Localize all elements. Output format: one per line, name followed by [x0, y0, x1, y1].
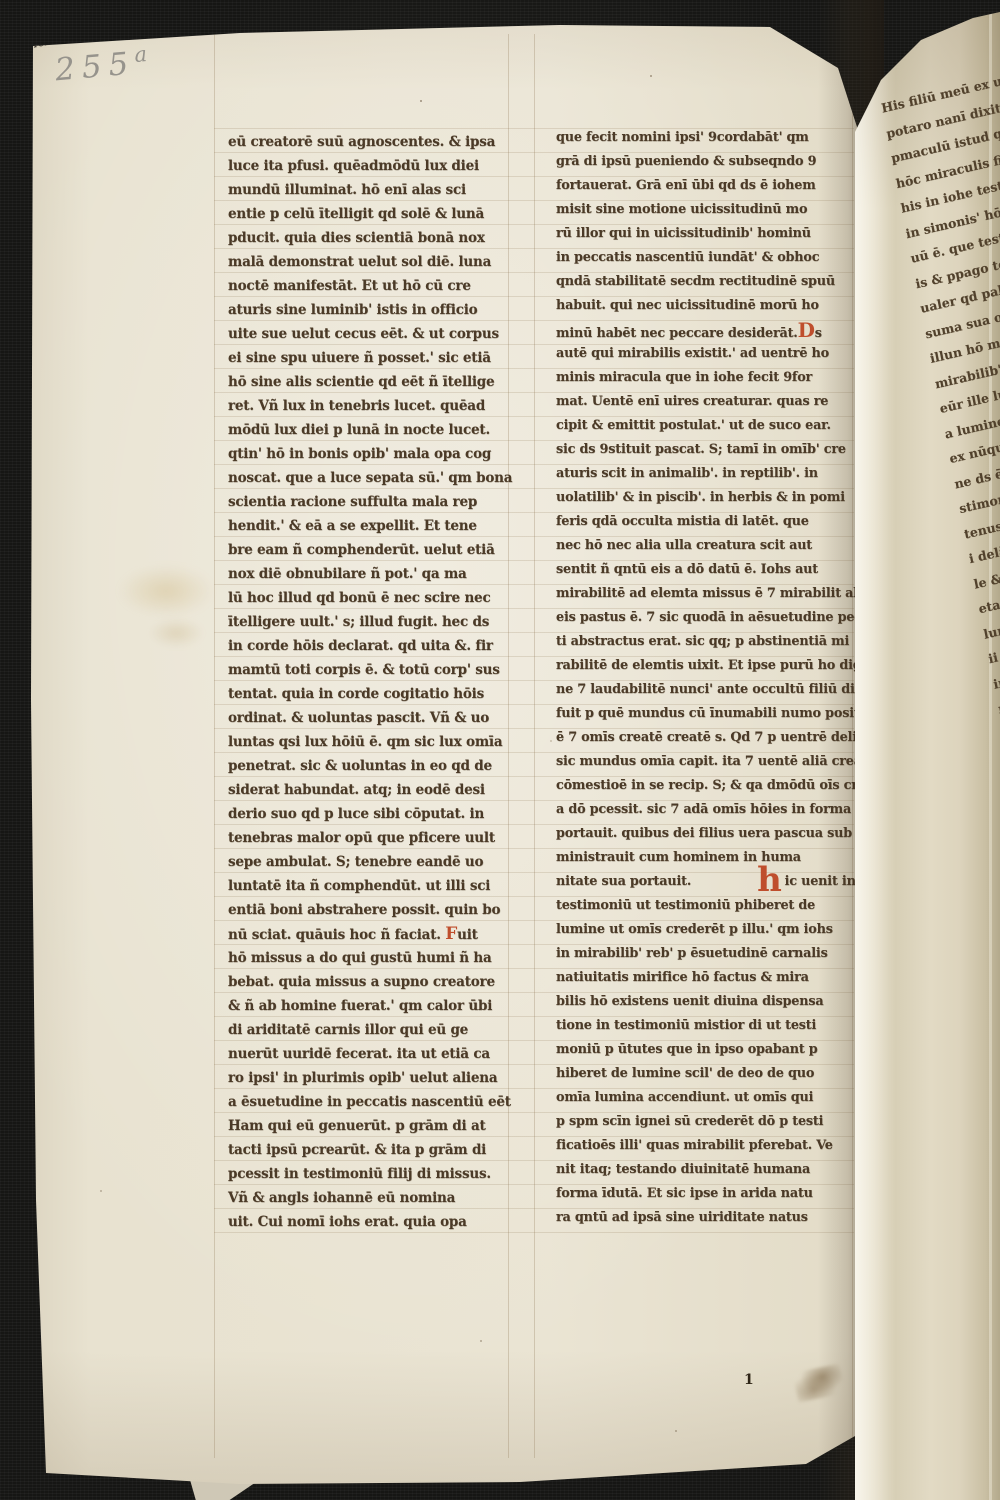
- manuscript-line: entiā boni abstrahere possit. quin bo: [228, 898, 524, 922]
- manuscript-line: entie p celū ītelligit qd solē & lunā: [228, 202, 524, 226]
- manuscript-line: luntas qsi lux hōiū ē. qm sic lux omīa: [228, 730, 524, 754]
- facing-page-text: His filiū meū ex uirgine mpotaro nanī di…: [879, 24, 1000, 1273]
- facing-page: His filiū meū ex uirgine mpotaro nanī di…: [855, 0, 1000, 1500]
- manuscript-line: ficatioēs illi' quas mirabilit pferebat.…: [556, 1134, 856, 1158]
- manuscript-line: di ariditatē carnis illor qui eū ge: [228, 1018, 524, 1042]
- manuscript-line: minis miracula que in iohe fecit 9for: [556, 366, 856, 390]
- manuscript-line: scientia racione suffulta mala rep: [228, 490, 524, 514]
- manuscript-line: ra qntū ad ipsā sine uiriditate natus: [556, 1206, 856, 1230]
- manuscript-line: qndā stabilitatē secdm rectitudinē spuū: [556, 270, 856, 294]
- manuscript-line: sentit ñ qntū eis a dō datū ē. Iohs aut: [556, 558, 856, 582]
- manuscript-line: a ēsuetudine in peccatis nascentiū eēt: [228, 1090, 524, 1114]
- manuscript-line: minū habēt nec peccare desiderāt.Ds: [556, 318, 856, 342]
- manuscript-line: lumine ut omīs crederēt p illu.' qm iohs: [556, 918, 856, 942]
- manuscript-line: ei sine spu uiuere ñ posset.' sic etiā: [228, 346, 524, 370]
- manuscript-line: pducit. quia dies scientiā bonā nox: [228, 226, 524, 250]
- manuscript-line: testimoniū ut testimoniū phiberet de: [556, 894, 856, 918]
- manuscript-line: nuerūt uuridē fecerat. ita ut etiā ca: [228, 1042, 524, 1066]
- manuscript-line: bebat. quia missus a supno creatore: [228, 970, 524, 994]
- manuscript-line: nū sciat. quāuis hoc ñ faciat. Fuit: [228, 922, 524, 946]
- manuscript-line: in corde hōis declarat. qd uita &. fir: [228, 634, 524, 658]
- folio-number-suffix: a: [133, 42, 148, 67]
- manuscript-line: rabilitē de elemtis uixit. Et ipse purū …: [556, 654, 856, 678]
- manuscript-line: fortauerat. Grā enī ūbi qd ds ē iohem: [556, 174, 856, 198]
- manuscript-line: Vñ & angls iohannē eū nomina: [228, 1186, 524, 1210]
- manuscript-line: ret. Vñ lux in tenebris lucet. quēad: [228, 394, 524, 418]
- manuscript-line: autē qui mirabilis existit.' ad uentrē h…: [556, 342, 856, 366]
- manuscript-line: luntatē ita ñ comphendūt. ut illi sci: [228, 874, 524, 898]
- manuscript-line: hō sine alis scientie qd eēt ñ ītellige: [228, 370, 524, 394]
- manuscript-line: mundū illuminat. hō enī alas sci: [228, 178, 524, 202]
- manuscript-line: siderat habundat. atq; in eodē desi: [228, 778, 524, 802]
- manuscript-line: nec hō nec alia ulla creatura scit aut: [556, 534, 856, 558]
- margin-stain: [118, 565, 214, 617]
- manuscript-line: omīa lumina accendiunt. ut omīs qui: [556, 1086, 856, 1110]
- manuscript-line: noctē manifestāt. Et ut hō cū cre: [228, 274, 524, 298]
- vertical-rule: [214, 34, 215, 1458]
- manuscript-line: nox diē obnubilare ñ pot.' qa ma: [228, 562, 524, 586]
- manuscript-line: moniū p ūtutes que in ipso opabant p: [556, 1038, 856, 1062]
- manuscript-line: habuit. qui nec uicissitudinē morū ho: [556, 294, 856, 318]
- manuscript-line: a dō pcessit. sic 7 adā omīs hōies in fo…: [556, 798, 856, 822]
- manuscript-line: cipit & emittit postulat.' ut de suco ea…: [556, 414, 856, 438]
- manuscript-line: sic mundus omīa capit. ita 7 uentē aliā …: [556, 750, 856, 774]
- manuscript-line: pcessit in testimoniū filij di missus.: [228, 1162, 524, 1186]
- manuscript-line: uolatilib' & in piscib'. in herbis & in …: [556, 486, 856, 510]
- manuscript-line: cōmestioē in se recip. S; & qa dmōdū oīs…: [556, 774, 856, 798]
- manuscript-line: derio suo qd p luce sibi cōputat. in: [228, 802, 524, 826]
- manuscript-line: in peccatis nascentiū iundāt' & obhoc: [556, 246, 856, 270]
- manuscript-line: & ñ ab homine fuerat.' qm calor ūbi: [228, 994, 524, 1018]
- manuscript-line: sic ds 9stituit pascat. S; tamī in omīb'…: [556, 438, 856, 462]
- folio-number-digits: 255: [54, 45, 137, 88]
- manuscript-line: noscat. que a luce sepata sū.' qm bona: [228, 466, 524, 490]
- manuscript-line: mōdū lux diei p lunā in nocte lucet.: [228, 418, 524, 442]
- manuscript-line: portauit. quibus dei filius uera pascua …: [556, 822, 856, 846]
- manuscript-line: ordinat. & uoluntas pascit. Vñ & uo: [228, 706, 524, 730]
- manuscript-line: nitate sua portauit.hic uenit in: [556, 870, 856, 894]
- text-column-2: que fecit nomini ipsi' 9cordabāt' qmgrā …: [556, 126, 856, 1230]
- manuscript-line: ē 7 omīs creatē creatē s. Qd 7 p uentrē …: [556, 726, 856, 750]
- manuscript-line: sepe ambulat. S; tenebre eandē uo: [228, 850, 524, 874]
- manuscript-line: aturis scit in animalib'. in reptilib'. …: [556, 462, 856, 486]
- manuscript-line: forma īdutā. Et sic ipse in arida natu: [556, 1182, 856, 1206]
- manuscript-line: natiuitatis mirifice hō factus & mira: [556, 966, 856, 990]
- text-column-1: eū creatorē suū agnoscentes. & ipsaluce …: [228, 130, 524, 1234]
- manuscript-line: grā di ipsū pueniendo & subseqndo 9: [556, 150, 856, 174]
- manuscript-line: misit sine motione uicissitudinū mo: [556, 198, 856, 222]
- manuscript-line: rū illor qui in uicissitudinib' hominū: [556, 222, 856, 246]
- manuscript-line: hendit.' & eā a se expellit. Et tene: [228, 514, 524, 538]
- manuscript-line: aturis sine luminib' istis in officio: [228, 298, 524, 322]
- manuscript-line: tacti ipsū pcrearūt. & ita p grām di: [228, 1138, 524, 1162]
- manuscript-line: que fecit nomini ipsi' 9cordabāt' qm: [556, 126, 856, 150]
- rubricated-initial: F: [445, 924, 457, 944]
- manuscript-line: feris qdā occulta mistia di latēt. que: [556, 510, 856, 534]
- manuscript-line: qtin' hō in bonis opib' mala opa cog: [228, 442, 524, 466]
- manuscript-line: ne 7 laudabilitē nunci' ante occultū fil…: [556, 678, 856, 702]
- manuscript-line: tione in testimoniū mistior di ut testi: [556, 1014, 856, 1038]
- manuscript-line: lū hoc illud qd bonū ē nec scire nec: [228, 586, 524, 610]
- manuscript-line: ti abstractus erat. sic qq; p abstinenti…: [556, 630, 856, 654]
- page-curl-highlight: [855, 0, 889, 1500]
- manuscript-line: mirabilitē ad elemta missus ē 7 mirabili…: [556, 582, 856, 606]
- ink-specks: [420, 100, 422, 102]
- manuscript-line: nit itaq; testando diuinitatē humana: [556, 1158, 856, 1182]
- folio-number-pencil: 255a: [54, 42, 150, 88]
- footer-page-number: 1: [744, 1372, 754, 1388]
- manuscript-line: ītelligere uult.' s; illud fugit. hec ds: [228, 610, 524, 634]
- manuscript-line: Ham qui eū genuerūt. p grām di at: [228, 1114, 524, 1138]
- manuscript-line: fuit p quē mundus cū īnumabili numo posi…: [556, 702, 856, 726]
- manuscript-line: p spm scīn ignei sū crederēt dō p testi: [556, 1110, 856, 1134]
- manuscript-photo: { "page": { "folio_number": "255", "foli…: [0, 0, 1000, 1500]
- manuscript-line: mat. Uentē enī uires creaturar. quas re: [556, 390, 856, 414]
- manuscript-line: ministrauit cum hominem in huma: [556, 846, 856, 870]
- manuscript-line: bilis hō existens uenit diuina dispensa: [556, 990, 856, 1014]
- manuscript-line: luce ita pfusi. quēadmōdū lux diei: [228, 154, 524, 178]
- manuscript-line: in mirabilib' reb' p ēsuetudinē carnalis: [556, 942, 856, 966]
- rubricated-initial: D: [798, 318, 815, 342]
- manuscript-line: hō missus a do qui gustū humi ñ ha: [228, 946, 524, 970]
- manuscript-line: malā demonstrat uelut sol diē. luna: [228, 250, 524, 274]
- manuscript-line: bre eam ñ comphenderūt. uelut etiā: [228, 538, 524, 562]
- vertical-rule: [534, 34, 535, 1458]
- margin-stain: [148, 618, 204, 648]
- manuscript-line: uit. Cui nomī iohs erat. quia opa: [228, 1210, 524, 1234]
- manuscript-line: tenebras malor opū que pficere uult: [228, 826, 524, 850]
- manuscript-line: eis pastus ē. 7 sic quodā in aēsuetudine…: [556, 606, 856, 630]
- manuscript-line: tentat. quia in corde cogitatio hōis: [228, 682, 524, 706]
- manuscript-line: mamtū toti corpis ē. & totū corp' sus: [228, 658, 524, 682]
- manuscript-line: uite sue uelut cecus eēt. & ut corpus: [228, 322, 524, 346]
- manuscript-line: ro ipsi' in plurimis opib' uelut aliena: [228, 1066, 524, 1090]
- manuscript-line: hiberet de lumine scil' de deo de quo: [556, 1062, 856, 1086]
- manuscript-line: penetrat. sic & uoluntas in eo qd de: [228, 754, 524, 778]
- manuscript-line: eū creatorē suū agnoscentes. & ipsa: [228, 130, 524, 154]
